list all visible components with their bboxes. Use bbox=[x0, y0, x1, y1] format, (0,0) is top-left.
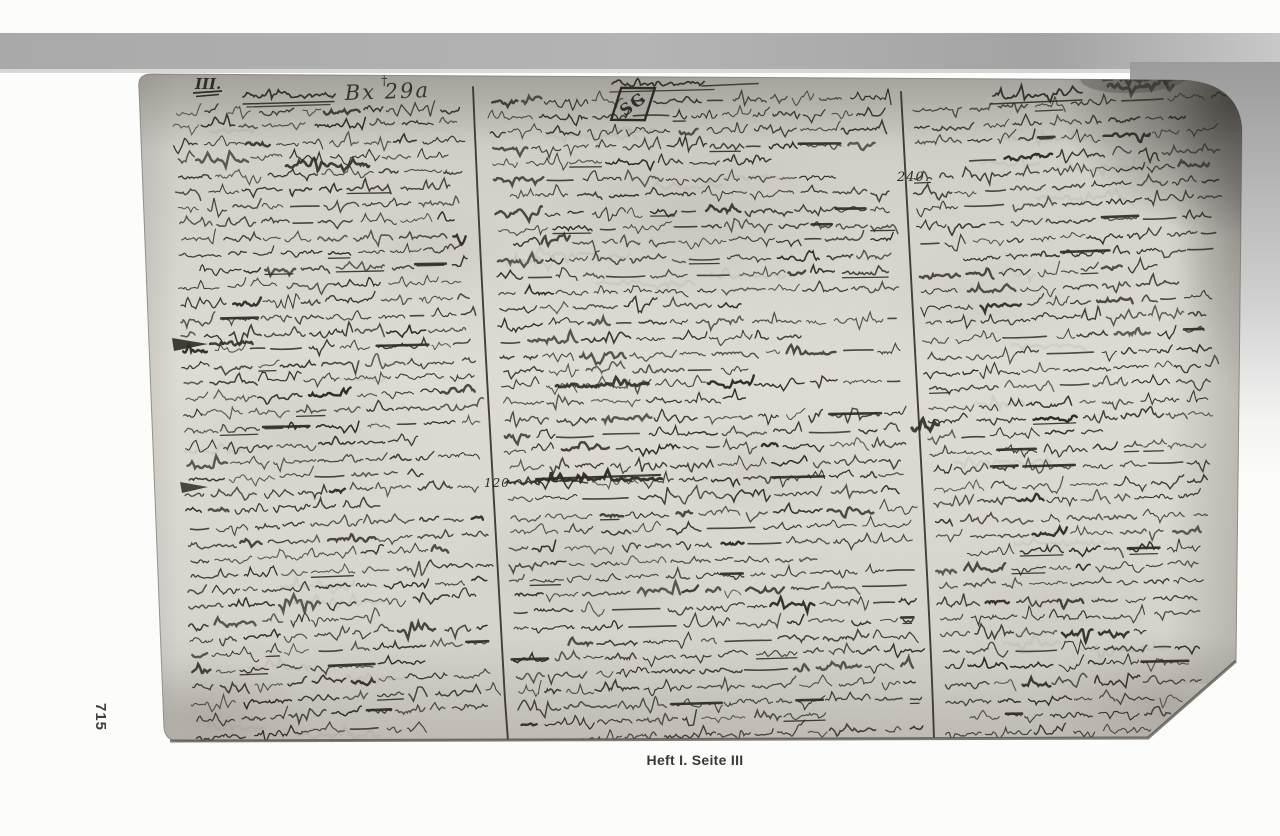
book-page-number: 715 bbox=[80, 700, 122, 734]
paper-shading bbox=[85, 0, 1280, 776]
manuscript-photo: III. Bx 29a † SG 240. 120 bbox=[0, 0, 1280, 836]
signature-cross: † bbox=[381, 74, 388, 89]
book-page: III. Bx 29a † SG 240. 120 715 Heft I. Se… bbox=[0, 0, 1280, 836]
photo-backdrop-band-fade bbox=[0, 67, 1280, 73]
folio-mark: III. bbox=[194, 75, 221, 93]
plate-caption: Heft I. Seite III bbox=[535, 752, 855, 768]
middle-column-number: 120 bbox=[484, 476, 510, 490]
right-margin-number: 240. bbox=[896, 170, 930, 185]
photo-backdrop-band bbox=[0, 33, 1280, 69]
